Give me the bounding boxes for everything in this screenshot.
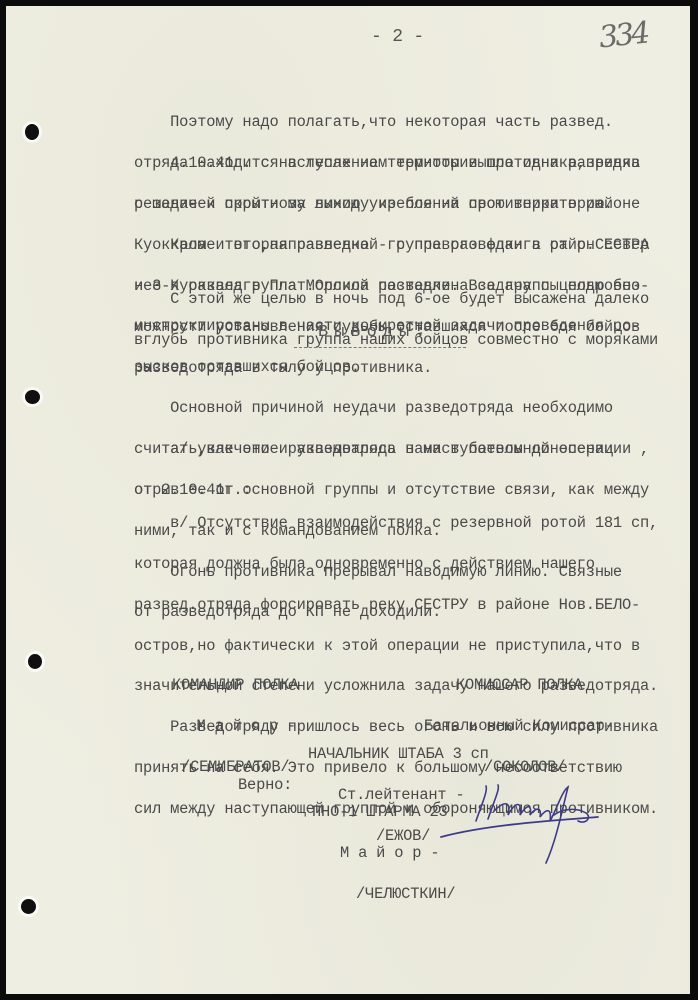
punch-hole-icon <box>28 654 42 669</box>
conclusions-heading: Выводы: <box>318 326 431 340</box>
paragraph-4: С этой же целью в ночь под 6-ое будет вы… <box>134 266 658 375</box>
archive-number-handwritten: 334 <box>597 16 649 56</box>
verification-label: Верно: <box>238 779 292 793</box>
verification-signature-block: ПНО-1 ШТАРМА 23 М а й о р - /ЧЕЛЮСТКИН/ <box>312 779 455 929</box>
page-number: - 2 - <box>371 31 424 45</box>
punch-hole-icon <box>25 124 39 140</box>
handwritten-signature-icon <box>436 781 606 871</box>
document-page: - 2 - 334 Поэтому надо полагать,что неко… <box>6 6 690 994</box>
heading-underline <box>294 347 466 348</box>
punch-hole-icon <box>21 899 36 914</box>
punch-hole-icon <box>25 390 40 404</box>
